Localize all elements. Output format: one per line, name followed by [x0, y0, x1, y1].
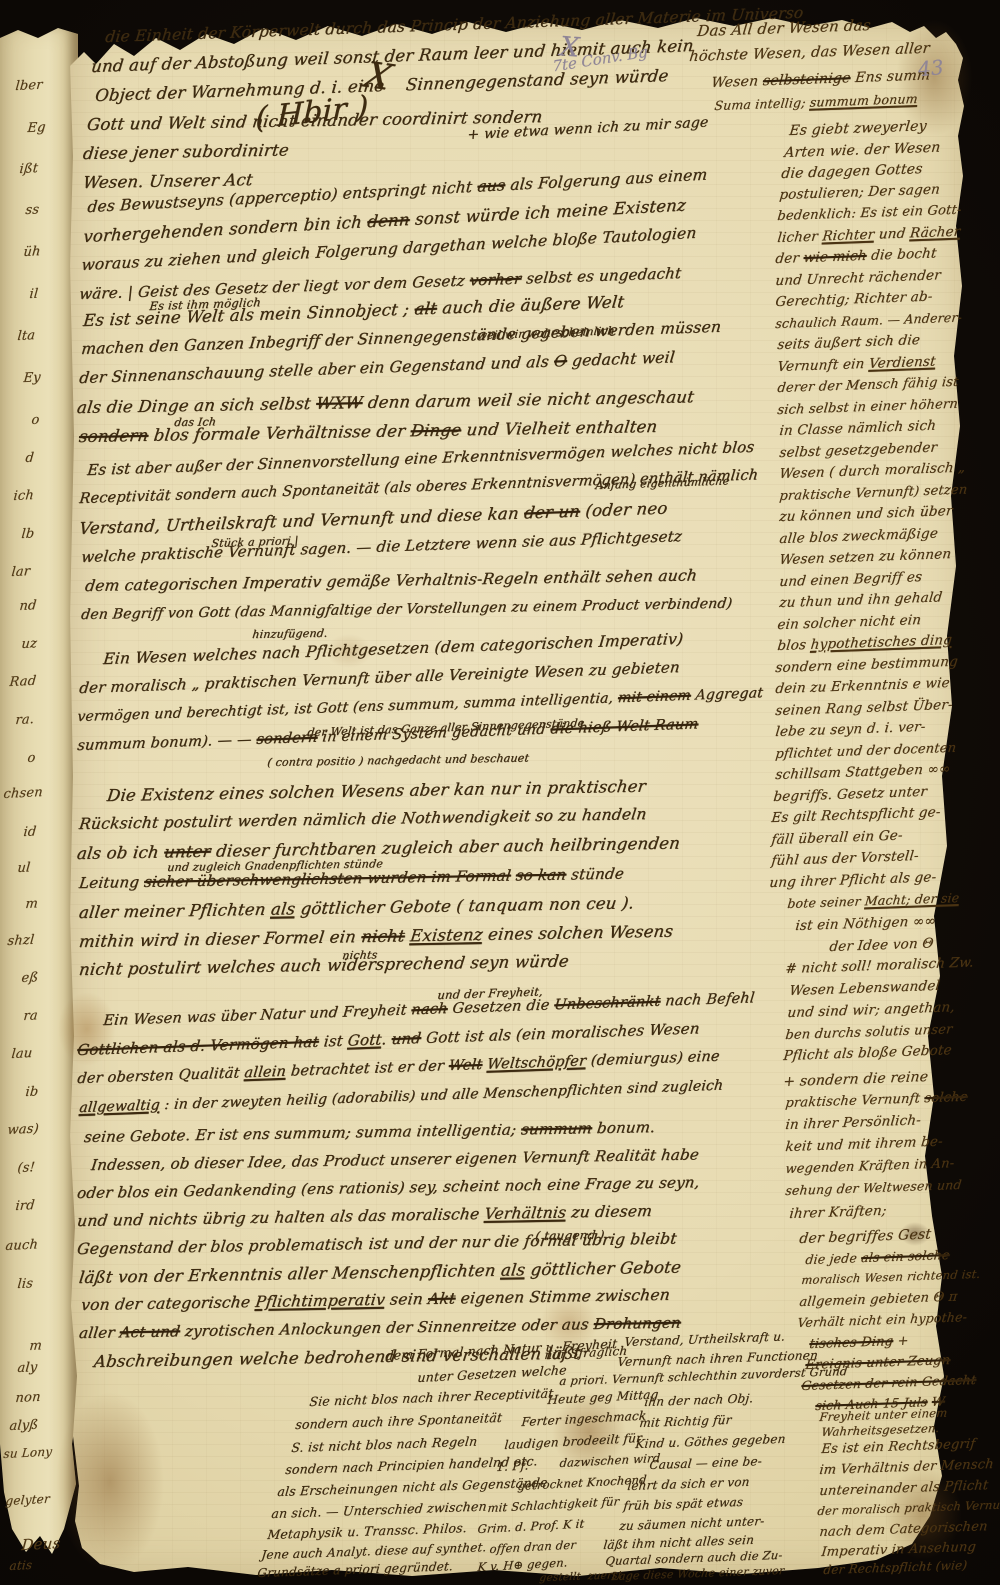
bottom-note-line: mit Schlachtigkeit für: [487, 1496, 620, 1514]
page-number-pencil: 43: [917, 57, 944, 79]
bottom-notes-block: dem Formal nach Natur u. Freyheitunter G…: [0, 0, 1000, 1585]
bottom-note-line: 1. Pf.: [496, 1459, 529, 1473]
bottom-note-line: Ferter ingeschmack: [521, 1409, 647, 1428]
bottom-note-line: Kind u. Göthes gegeben: [635, 1433, 786, 1450]
bottom-note-line: Lage diese Woche einer zuvor: [611, 1565, 785, 1582]
bottom-note-line: laudigen brodeeilt für: [504, 1432, 643, 1451]
bottom-note-line: offen dran der: [489, 1539, 576, 1555]
bottom-note-line: läßt ihm nicht alles sein: [603, 1534, 755, 1551]
bottom-note-line: an sich. — Unterschied zwischen: [271, 1500, 488, 1520]
bottom-note-line: Grundsätze a priori gegründet.: [257, 1560, 454, 1579]
bottom-note-line: als Erscheinungen nicht als Gegenstände: [277, 1477, 548, 1499]
bottom-note-line: Heute geg Mittag: [547, 1388, 659, 1406]
bottom-note-line: ihn der nach Obj.: [644, 1392, 754, 1408]
bottom-note-line: unter Gesetzen welche: [417, 1364, 567, 1384]
bottom-note-line: Metaphysik u. Transsc. Philos.: [267, 1522, 468, 1542]
bottom-note-line: sondern auch ihre Spontaneität: [295, 1412, 503, 1432]
bottom-note-line: früh bis spät etwas: [623, 1496, 744, 1512]
bottom-note-line: lehrt da sich er von: [627, 1476, 751, 1492]
bottom-note-line: a priori. Vernunft schlechthin zuvorders…: [559, 1366, 848, 1388]
bottom-note-line: Jene auch Analyt. diese auf synthet.: [261, 1541, 487, 1561]
bottom-note-line: Grim. d. Prof. K it: [477, 1518, 585, 1535]
bottom-note-line: zu säumen nicht unter-: [619, 1515, 765, 1532]
bottom-note-line: nur Sfraglich: [544, 1345, 628, 1361]
bottom-note-line: Causal — eine be-: [649, 1455, 763, 1471]
bottom-note-line: dazwischen wird: [559, 1453, 661, 1470]
bottom-note-line: Verstand, Urtheilskraft u.: [624, 1330, 786, 1348]
bottom-note-line: S. ist nicht blos nach Regeln: [291, 1436, 478, 1455]
pencil-x-mark: X: [559, 33, 580, 61]
bottom-note-line: Sie nicht blos nach ihrer Receptivität: [309, 1387, 554, 1408]
manuscript-scan: lberEgißtssühilltaEyodichlblarnduzRadra.…: [0, 0, 1000, 1585]
bottom-note-line: mit Richtig für: [639, 1414, 732, 1429]
